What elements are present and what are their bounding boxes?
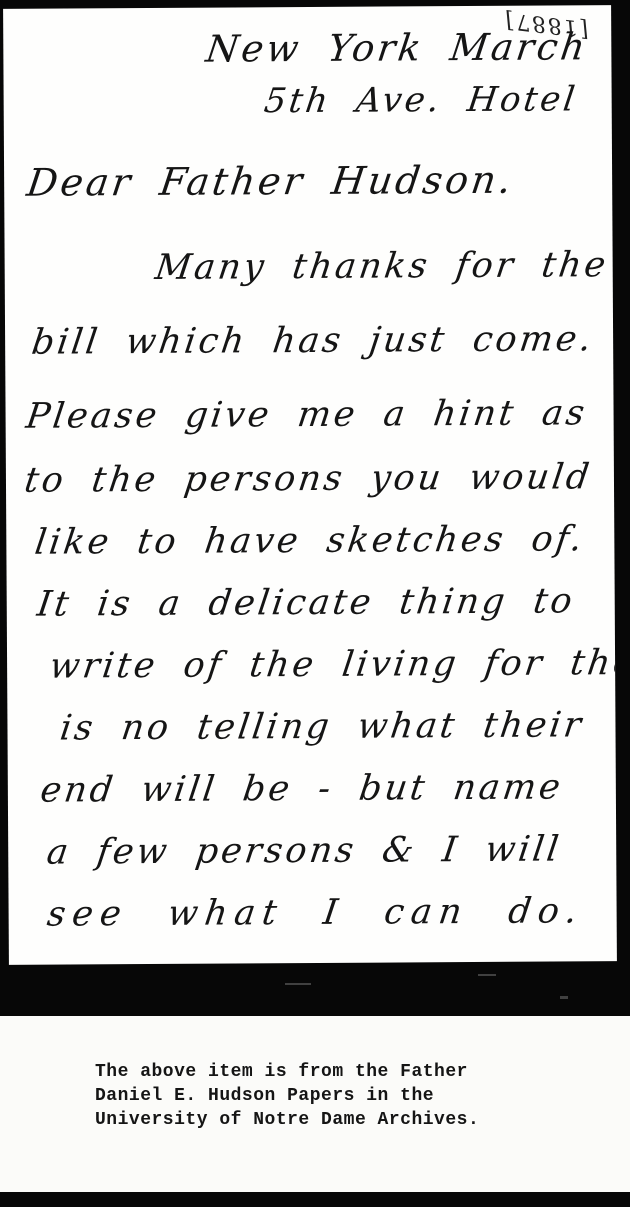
letter-line: to the persons you would — [22, 457, 594, 500]
letter-line: It is a delicate thing to — [35, 581, 578, 624]
letter-line: is no telling what their — [58, 705, 587, 748]
scan-speck — [285, 983, 311, 985]
archive-credit: The above item is from the Father Daniel… — [95, 1060, 479, 1132]
letter-paper: [1887] New York March 13th 5th Ave. Hote… — [3, 5, 617, 965]
letter-salutation: Dear Father Hudson. — [24, 158, 517, 205]
letter-line: a few persons & I will — [44, 829, 563, 872]
caption-strip: The above item is from the Father Daniel… — [0, 1016, 630, 1192]
letter-line: like to have sketches of. — [32, 519, 587, 562]
letter-line: Please give me a hint as — [24, 393, 590, 436]
scan-speck — [560, 996, 568, 999]
scan-bottom-bar — [0, 1192, 630, 1207]
photo-frame: [1887] New York March 13th 5th Ave. Hote… — [0, 0, 630, 1016]
archive-credit-line: University of Notre Dame Archives. — [95, 1108, 479, 1132]
letter-line: end will be - but name — [38, 767, 565, 810]
letter-address-line: 5th Ave. Hotel — [262, 79, 580, 121]
letter-line: see what I can do. — [45, 891, 587, 934]
letter-line: Many thanks for the — [153, 245, 611, 288]
scanned-letter-page: [1887] New York March 13th 5th Ave. Hote… — [0, 0, 630, 1207]
archive-credit-line: Daniel E. Hudson Papers in the — [95, 1084, 479, 1108]
letter-dateline: New York March 13th — [203, 25, 616, 71]
archive-credit-line: The above item is from the Father — [95, 1060, 479, 1084]
letter-line: bill which has just come. — [29, 319, 596, 362]
letter-line: write of the living for there — [47, 643, 617, 687]
scan-speck — [478, 974, 496, 976]
